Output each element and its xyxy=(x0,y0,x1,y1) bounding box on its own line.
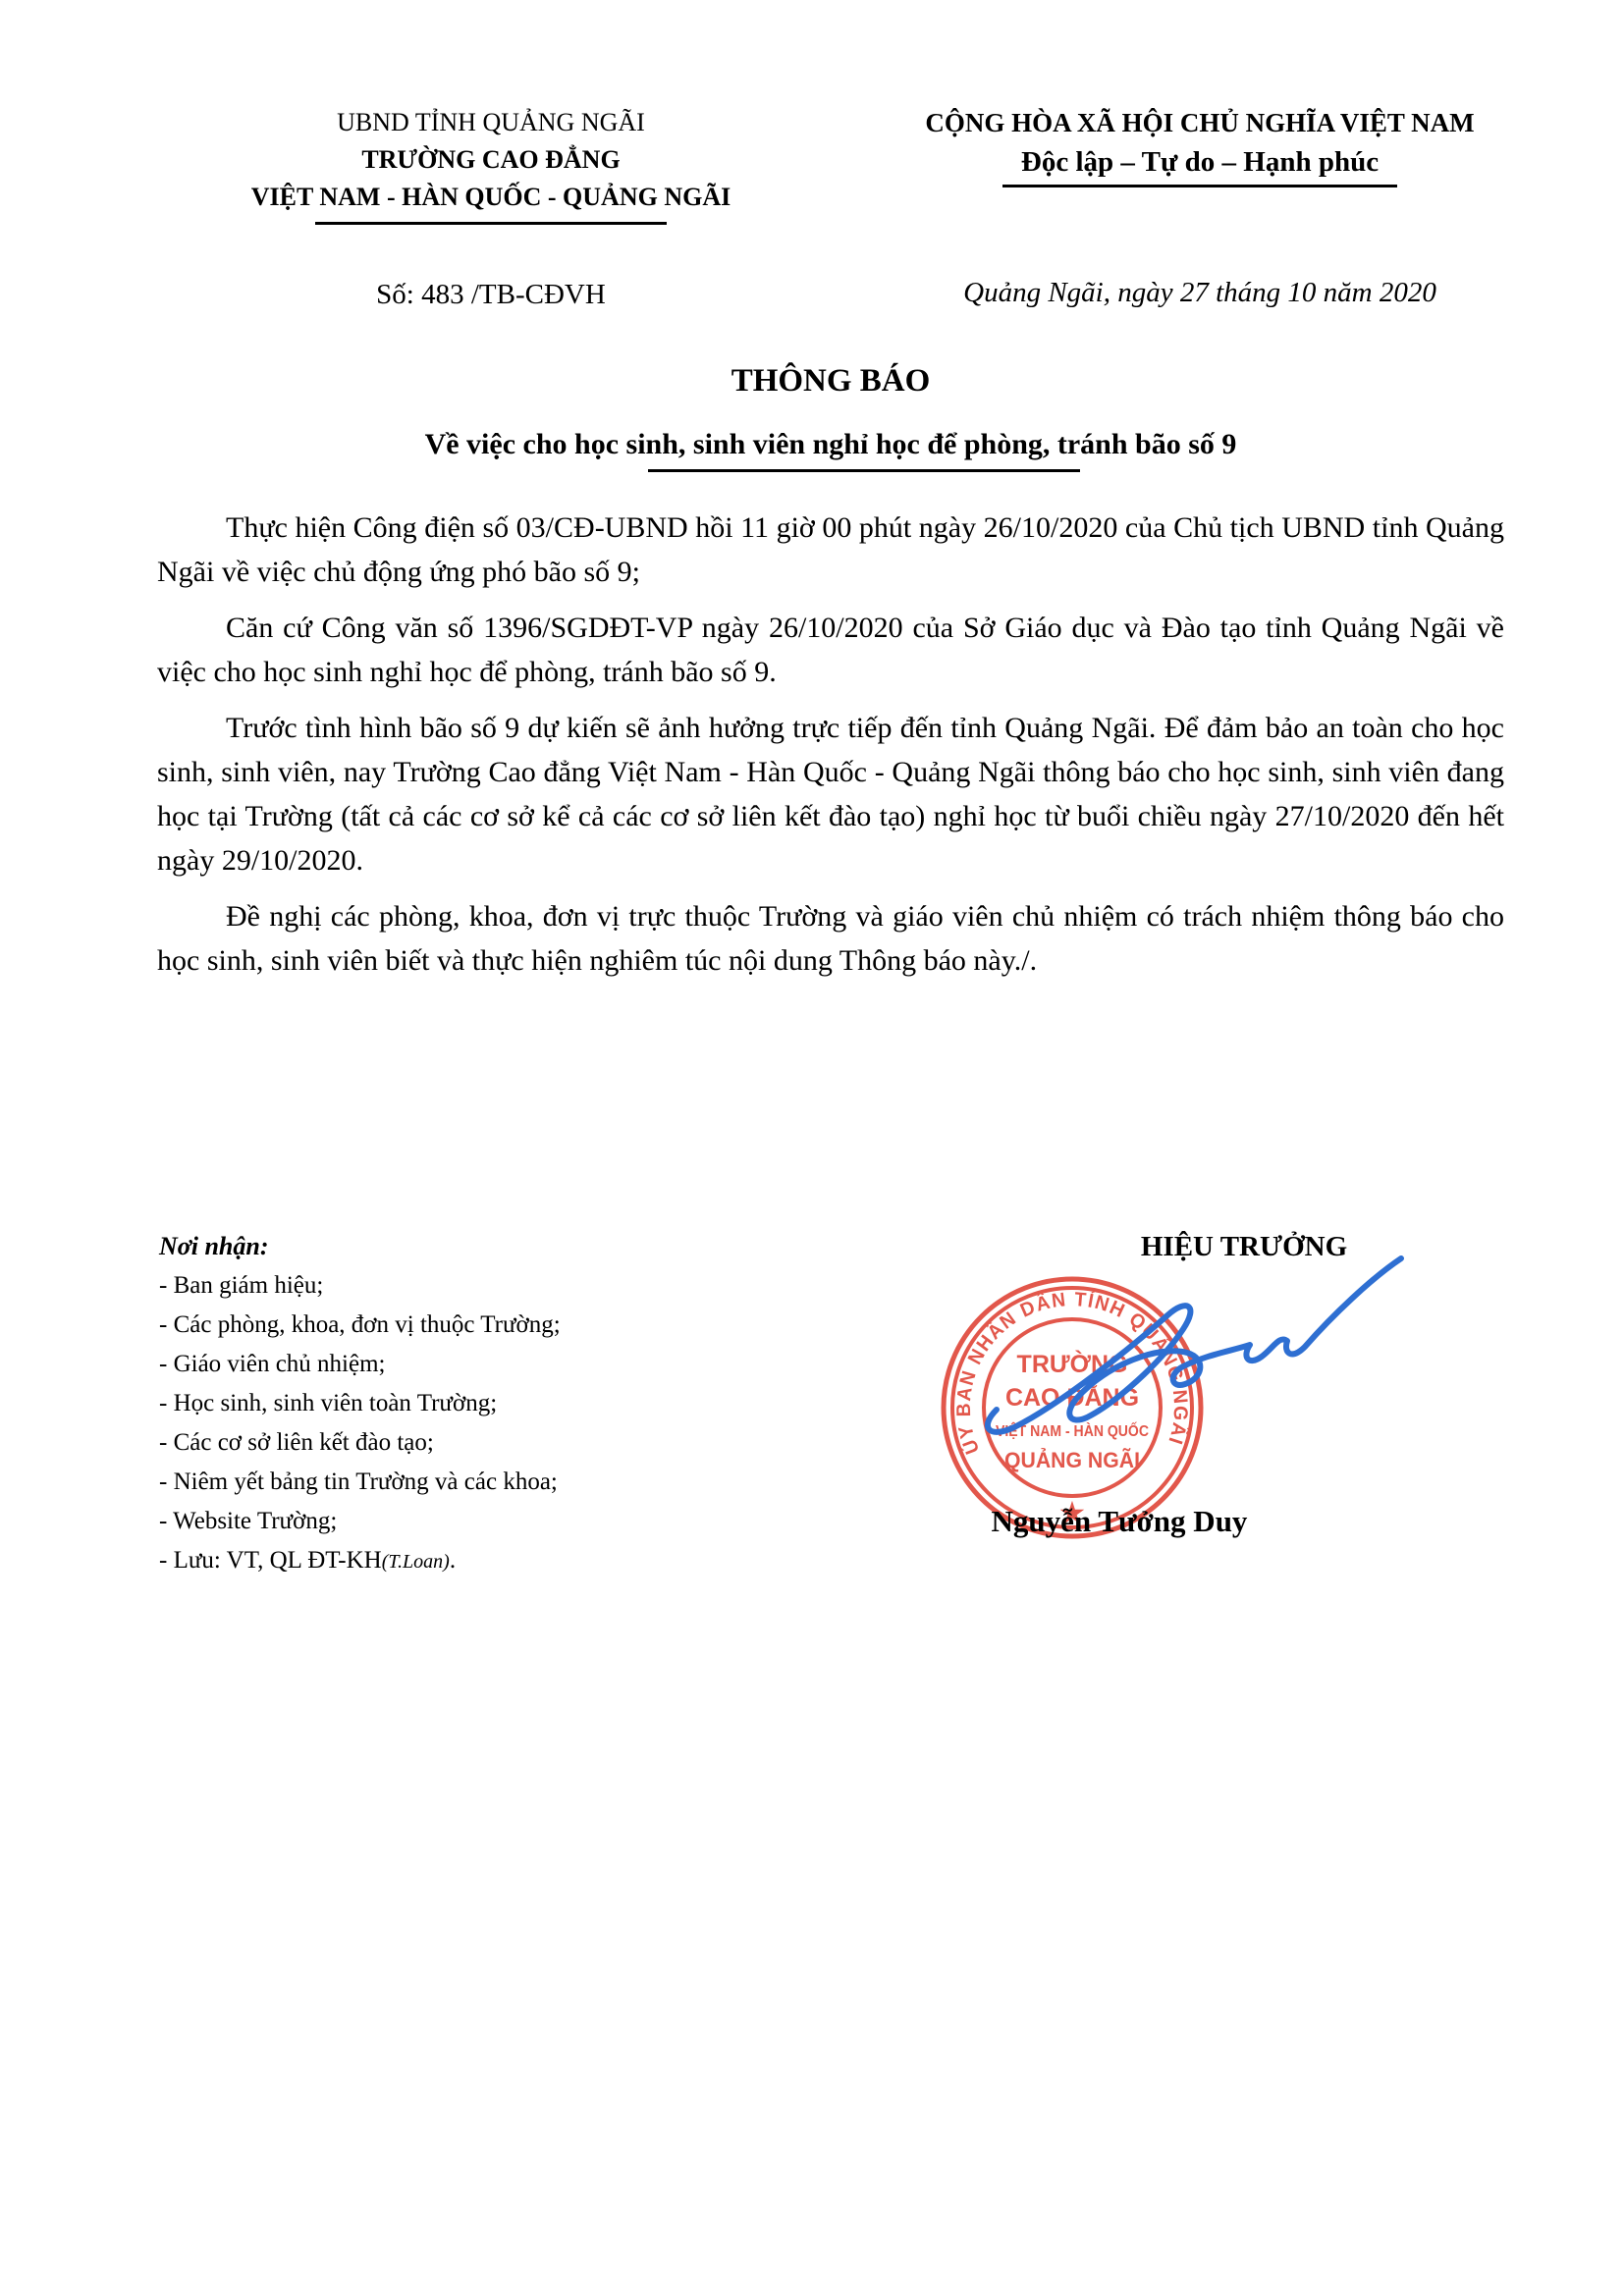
paragraph-1: Thực hiện Công điện số 03/CĐ-UBND hồi 11… xyxy=(157,506,1504,594)
recipient-item: - Học sinh, sinh viên toàn Trường; xyxy=(159,1384,768,1423)
national-motto-block: CỘNG HÒA XÃ HỘI CHỦ NGHĨA VIỆT NAM Độc l… xyxy=(835,104,1565,187)
recipient-item: - Các cơ sở liên kết đào tạo; xyxy=(159,1423,768,1463)
document-page: UBND TỈNH QUẢNG NGÃI TRƯỜNG CAO ĐẲNG VIỆ… xyxy=(0,0,1624,2296)
recipients-label: Nơi nhận: xyxy=(159,1227,768,1266)
republic-line: CỘNG HÒA XÃ HỘI CHỦ NGHĨA VIỆT NAM xyxy=(835,104,1565,141)
agency-parent-line: UBND TỈNH QUẢNG NGÃI xyxy=(157,104,825,141)
archive-end: . xyxy=(450,1547,456,1574)
paragraph-2: Căn cứ Công văn số 1396/SGDĐT-VP ngày 26… xyxy=(157,606,1504,694)
paragraph-4: Đề nghị các phòng, khoa, đơn vị trực thu… xyxy=(157,894,1504,983)
recipient-item: - Ban giám hiệu; xyxy=(159,1266,768,1306)
agency-name-line-2: VIỆT NAM - HÀN QUỐC - QUẢNG NGÃI xyxy=(157,179,825,216)
recipient-item-archive: - Lưu: VT, QL ĐT-KH(T.Loan). xyxy=(159,1541,768,1581)
motto-rule xyxy=(1002,185,1397,187)
document-footer: Nơi nhận: - Ban giám hiệu; - Các phòng, … xyxy=(0,1225,1624,1657)
recipient-item: - Website Trường; xyxy=(159,1502,768,1541)
agency-name-line-1: TRƯỜNG CAO ĐẲNG xyxy=(157,141,825,179)
archive-text: - Lưu: VT, QL ĐT-KH xyxy=(159,1547,382,1574)
paragraph-3: Trước tình hình bão số 9 dự kiến sẽ ảnh … xyxy=(157,706,1504,882)
archive-clerk-note: (T.Loan) xyxy=(382,1551,450,1573)
signature-stroke-icon xyxy=(967,1255,1409,1451)
stamp-center-line-4: QUẢNG NGÃI xyxy=(1004,1448,1140,1472)
place-date-line: Quảng Ngãi, ngày 27 tháng 10 năm 2020 xyxy=(835,277,1565,309)
signature-ink xyxy=(967,1255,1409,1451)
recipients-block: Nơi nhận: - Ban giám hiệu; - Các phòng, … xyxy=(159,1227,768,1581)
document-subtitle: Về việc cho học sinh, sinh viên nghỉ học… xyxy=(157,424,1504,465)
document-body: THÔNG BÁO Về việc cho học sinh, sinh viê… xyxy=(157,361,1504,994)
signer-name: Nguyễn Tưởng Duy xyxy=(972,1504,1267,1539)
document-header: UBND TỈNH QUẢNG NGÃI TRƯỜNG CAO ĐẲNG VIỆ… xyxy=(0,104,1624,349)
document-number: Số: 483 /TB-CĐVH xyxy=(157,279,825,311)
recipient-item: - Giáo viên chủ nhiệm; xyxy=(159,1345,768,1384)
document-title: THÔNG BÁO xyxy=(157,361,1504,400)
agency-rule xyxy=(315,222,667,225)
recipient-item: - Niêm yết bảng tin Trường và các khoa; xyxy=(159,1463,768,1502)
motto-line: Độc lập – Tự do – Hạnh phúc xyxy=(835,141,1565,183)
subtitle-rule xyxy=(648,469,1080,472)
issuing-agency-block: UBND TỈNH QUẢNG NGÃI TRƯỜNG CAO ĐẲNG VIỆ… xyxy=(157,104,825,225)
recipient-item: - Các phòng, khoa, đơn vị thuộc Trường; xyxy=(159,1306,768,1345)
